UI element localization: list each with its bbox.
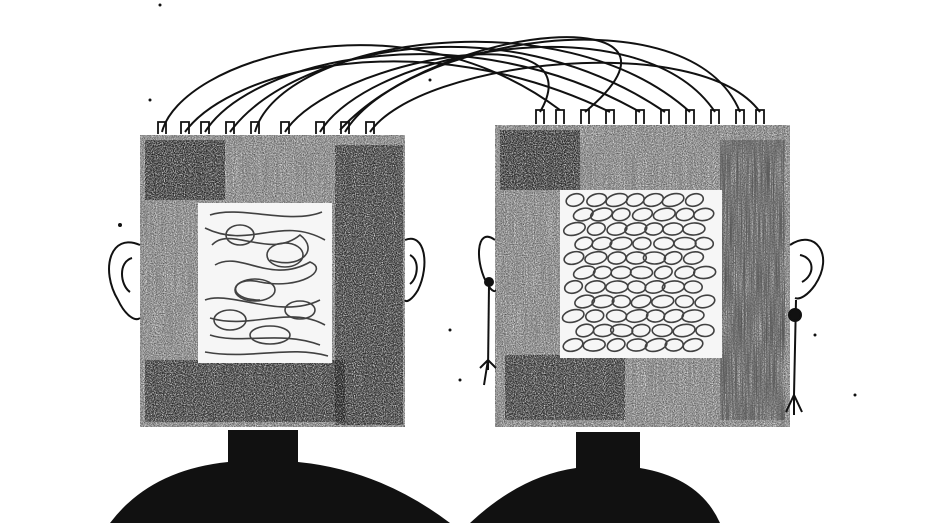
background — [0, 0, 930, 523]
right-head — [495, 125, 790, 427]
illustration — [0, 0, 930, 523]
right-face-panel — [560, 190, 722, 358]
left-head — [140, 135, 405, 427]
